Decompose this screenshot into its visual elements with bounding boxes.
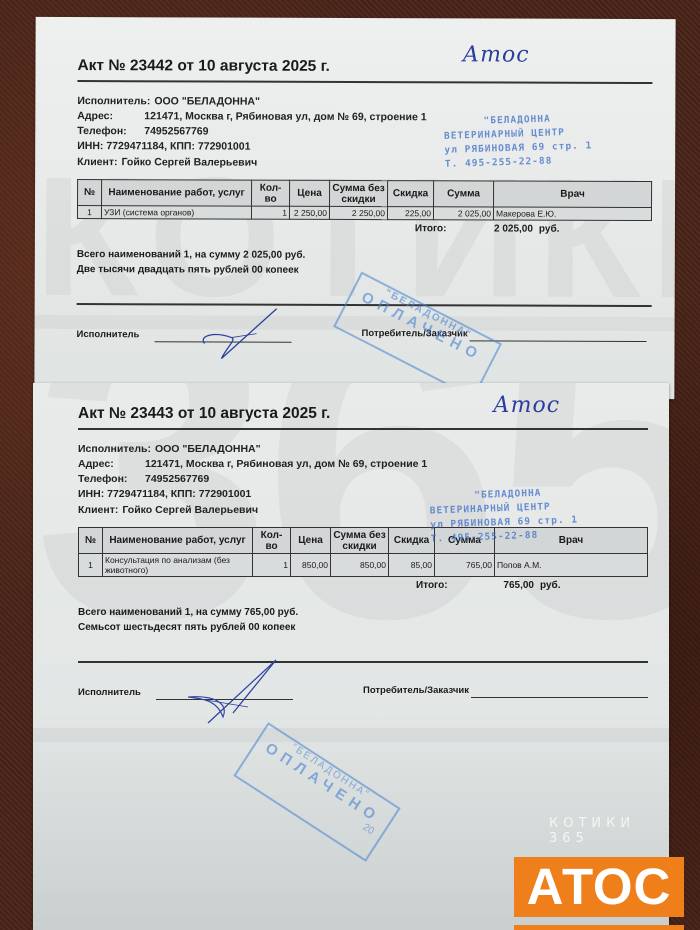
table-row: 1 УЗИ (система органов) 1 2 250,00 2 250…: [77, 206, 651, 221]
col-sum-before-discount: Сумма без скидки: [330, 180, 388, 206]
tax-ids: ИНН: 7729471184, КПП: 772901001: [77, 139, 250, 155]
phone-label: Телефон:: [78, 472, 145, 487]
executor-name: ООО "БЕЛАДОННА": [154, 94, 260, 109]
executor-label: Исполнитель:: [77, 94, 150, 109]
executor-sign-label: Исполнитель: [77, 329, 140, 340]
handwritten-note: Атос: [493, 393, 560, 418]
act-document-1: Акт № 23442 от 10 августа 2025 г. Атос И…: [77, 57, 653, 347]
col-price: Цена: [291, 528, 331, 554]
total-label: Итого:: [415, 223, 475, 234]
paid-stamp-status: ОПЛАЧЕНО: [350, 284, 495, 370]
brand-tagline: КОТИКИ 365: [549, 816, 684, 846]
col-service: Наименование работ, услуг: [102, 180, 252, 207]
amount-in-words: Семьсот шестьдесят пять рублей 00 копеек: [78, 620, 648, 635]
cell-sum: 2 025,00: [433, 207, 493, 220]
col-service: Наименование работ, услуг: [103, 528, 253, 554]
client-label: Клиент:: [78, 503, 118, 518]
act-sheet-1: КОТИКИ Акт № 23442 от 10 августа 2025 г.…: [34, 17, 675, 399]
col-doctor: Врач: [494, 181, 652, 208]
col-sum: Сумма: [434, 181, 494, 207]
cell-number: 1: [79, 554, 103, 577]
cell-number: 1: [77, 206, 101, 219]
phone-value: 74952567769: [144, 124, 208, 139]
client-name: Гойко Сергей Валерьевич: [122, 503, 258, 518]
table-row: 1 Консультация по анализам (без животног…: [79, 554, 648, 577]
col-discount: Скидка: [388, 181, 434, 207]
phone-value: 74952567769: [145, 472, 209, 487]
cell-price: 2 250,00: [289, 206, 329, 219]
cell-service: УЗИ (система органов): [101, 206, 251, 220]
brand-underline: [514, 925, 684, 930]
cell-doctor: Макерова Е.Ю.: [493, 207, 651, 221]
title-divider: [78, 428, 648, 430]
cell-sum-before-discount: 850,00: [331, 554, 389, 577]
summary: Всего наименований 1, на сумму 765,00 ру…: [78, 605, 648, 635]
cell-sum-before-discount: 2 250,00: [329, 206, 387, 219]
address-value: 121471, Москва г, Рябиновая ул, дом № 69…: [144, 109, 426, 125]
address-label: Адрес:: [77, 109, 144, 124]
customer-sign-label: Потребитель/Заказчик: [363, 685, 469, 696]
tax-ids: ИНН: 7729471184, КПП: 772901001: [78, 487, 251, 502]
brand-logo: КОТИКИ 365 АТОС: [514, 816, 684, 930]
col-sum-before-discount: Сумма без скидки: [331, 528, 389, 554]
paid-stamp: "БЕЛАДОННА" ОПЛАЧЕНО: [333, 272, 502, 399]
paid-stamp: "БЕЛАДОННА" ОПЛАЧЕНО 20: [233, 722, 400, 862]
table-header-row: № Наименование работ, услуг Кол-во Цена …: [78, 180, 652, 208]
services-table: № Наименование работ, услуг Кол-во Цена …: [77, 179, 652, 221]
client-name: Гойко Сергей Валерьевич: [121, 155, 257, 170]
total-row: Итого: 765,00 руб.: [78, 580, 648, 591]
total-row: Итого: 2 025,00 руб.: [77, 222, 652, 235]
col-qty: Кол-во: [253, 528, 291, 554]
phone-label: Телефон:: [77, 124, 144, 139]
act-document-2: Акт № 23443 от 10 августа 2025 г. Атос И…: [78, 405, 648, 703]
client-label: Клиент:: [77, 155, 117, 170]
address-label: Адрес:: [78, 457, 145, 472]
total-label: Итого:: [416, 580, 476, 591]
signature-row: Исполнитель Потребитель/Заказчик "БЕЛАДО…: [77, 305, 652, 347]
cell-discount: 225,00: [387, 207, 433, 220]
clinic-stamp: "БЕЛАДОННА ВЕТЕРИНАРНЫЙ ЦЕНТР ул РЯБИНОВ…: [429, 485, 579, 546]
signature-row: Исполнитель Потребитель/Заказчик: [78, 663, 648, 703]
cell-sum: 765,00: [435, 554, 495, 577]
executor-sign-label: Исполнитель: [78, 687, 141, 698]
customer-sign-line: [471, 697, 648, 698]
col-discount: Скидка: [389, 528, 435, 554]
total-currency: руб.: [540, 580, 561, 591]
executor-signature-icon: [178, 655, 308, 725]
clinic-stamp: "БЕЛАДОННА ВЕТЕРИНАРНЫЙ ЦЕНТР ул РЯБИНОВ…: [443, 111, 593, 172]
col-price: Цена: [290, 180, 330, 206]
paid-stamp-status: ОПЛАЧЕНО: [254, 734, 392, 832]
address-value: 121471, Москва г, Рябиновая ул, дом № 69…: [145, 457, 427, 472]
act-title: Акт № 23442 от 10 августа 2025 г.: [77, 57, 652, 81]
handwritten-note: Атос: [462, 42, 529, 67]
brand-logo-text: АТОС: [514, 857, 684, 917]
col-qty: Кол-во: [252, 180, 290, 206]
executor-signature-icon: [196, 303, 296, 363]
cell-qty: 1: [253, 554, 291, 577]
cell-service: Консультация по анализам (без животного): [103, 554, 253, 577]
executor-name: ООО "БЕЛАДОННА": [155, 442, 261, 457]
cell-price: 850,00: [291, 554, 331, 577]
executor-label: Исполнитель:: [78, 442, 151, 457]
summary-line: Всего наименований 1, на сумму 765,00 ру…: [78, 605, 648, 620]
col-number: №: [78, 180, 102, 206]
cell-discount: 85,00: [389, 554, 435, 577]
cell-doctor: Попов А.М.: [495, 554, 648, 577]
total-value: 2 025,00: [475, 223, 533, 234]
watermark-band: [33, 728, 669, 742]
total-value: 765,00: [476, 580, 534, 591]
col-number: №: [79, 528, 103, 554]
cell-qty: 1: [251, 206, 289, 219]
act-title: Акт № 23443 от 10 августа 2025 г.: [78, 405, 648, 427]
total-currency: руб.: [539, 224, 560, 235]
